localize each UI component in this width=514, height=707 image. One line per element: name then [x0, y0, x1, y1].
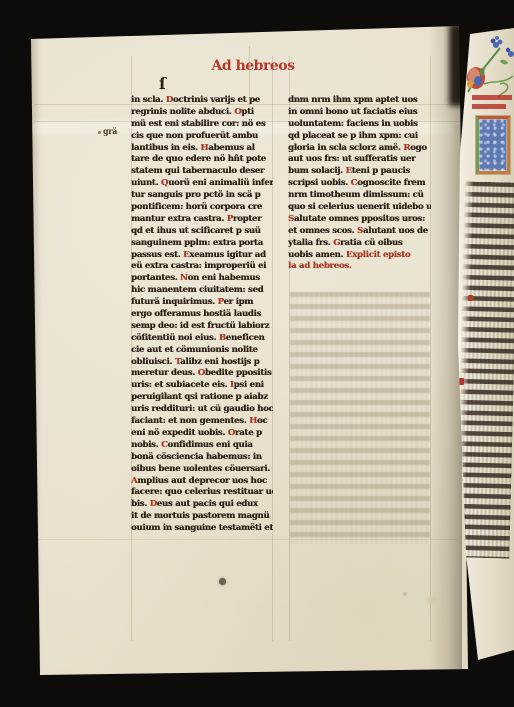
text-line: cöfitentiü noi eius. Beneficen [131, 333, 273, 345]
text-line: futurä inquirimus. Per ipm [131, 297, 273, 309]
text-line: qd et ihus ut scificaret p suü [131, 226, 273, 238]
text-line: mü est eni stabilire cor: nö es [131, 119, 273, 131]
text-line: dnm nrm ihm xpm aptet uos [288, 95, 431, 107]
text-line: facere: quo celerius restituar uo [131, 487, 273, 499]
column-right: dnm nrm ihm xpm aptet uosin omni bono ut… [288, 95, 431, 273]
text-line: in omni bono ut faciatis eius [288, 107, 431, 119]
text-line: mantur extra castra. Propter [131, 214, 273, 226]
text-line: nobis. Confidimus eni quia [131, 440, 273, 452]
illuminated-initial [476, 116, 510, 174]
text-line: uobis amen. Explicit episto [288, 250, 431, 262]
text-line: sanguinem pplm: extra porta [131, 238, 273, 250]
text-line: bonä cösciencia habemus: in [131, 452, 273, 464]
text-line: peruigilant qsi ratione p aiabz [131, 392, 273, 404]
text-line: tare de quo edere nö hñt pote [131, 154, 273, 166]
edge-rubric-line [472, 95, 512, 100]
text-line: it de mortuis pastorem magnü [131, 511, 273, 523]
text-line: qd placeat se p ihm xpm: cui [288, 131, 431, 143]
text-line: uoluntatem: faciens in uobis [288, 119, 431, 131]
text-line: bis. Deus aut pacis qui edux [131, 499, 273, 511]
text-line: ytalia frs. Gratia cü oibus [288, 238, 431, 250]
text-line: uris reddituri: ut cü gaudio hoc [131, 404, 273, 416]
text-line: gloria in scla sclorz amë. Rogo [288, 143, 431, 155]
margin-mark [98, 131, 101, 134]
margin-note: grä [103, 126, 117, 136]
text-line: pontificem: horü corpora cre [131, 202, 273, 214]
text-line: eni nö expedit uobis. Orate p [131, 428, 273, 440]
text-line: quo si celerius uenerit uidebo uos. [288, 202, 431, 214]
manuscript-page: Ad hebreos ſ grä in scla. Doctrinis vari… [0, 0, 514, 707]
text-line: statem qui tabernaculo deser [131, 166, 273, 178]
text-line: meretur deus. Obedite ppositis [131, 368, 273, 380]
text-line: Amplius aut deprecor uos hoc [131, 476, 273, 488]
text-line: bum solacij. Eteni p paucis [288, 166, 431, 178]
text-line: la ad hebreos. [288, 261, 431, 273]
ascender-flourish: ſ [159, 74, 166, 93]
text-line: ergo offeramus hostiä laudis [131, 309, 273, 321]
text-line: uiunt. Quorü eni animaliü infer [131, 178, 273, 190]
edge-rubric-line [472, 104, 506, 109]
text-line: lantibus in eis. Habemus al [131, 143, 273, 155]
text-line: Salutate omnes ppositos uros: [288, 214, 431, 226]
text-line: obliuisci. Talibz eni hostijs p [131, 357, 273, 369]
text-line: tur sanguis pro pctö in scä p [131, 190, 273, 202]
edge-text-lines [455, 181, 514, 558]
text-line: in scla. Doctrinis varijs et pe [131, 95, 273, 107]
text-line: semp deo: id est fructü labiorz [131, 321, 273, 333]
text-line: uris: et subiacete eis. Ipsi eni [131, 380, 273, 392]
red-paraph-mark [468, 295, 473, 301]
show-through-text [290, 292, 430, 544]
text-line: oibus bene uolentes cöuersari. [131, 464, 273, 476]
column-left: in scla. Doctrinis varijs et peregrinis … [131, 95, 273, 535]
text-line: cie aut et cömunionis nolite [131, 345, 273, 357]
manuscript-photo: Ad hebreos ſ grä in scla. Doctrinis vari… [0, 0, 514, 707]
text-line: ouium in sanguine testamëti etni [131, 523, 273, 535]
text-line: faciant: et non gementes. Hoc [131, 416, 273, 428]
gutter-shade [428, 24, 462, 672]
text-line: nrm timotheum dimissum: cü [288, 190, 431, 202]
text-line: passus est. Exeamus igitur ad [131, 250, 273, 262]
text-line: regrinis nolite abduci. Opti [131, 107, 273, 119]
text-line: aut uos frs: ut sufferatis uer [288, 154, 431, 166]
text-line: cis que non profuerüt ambu [131, 131, 273, 143]
text-line: eü extra castra: improperiü ei [131, 261, 273, 273]
text-line: et omnes scos. Salutant uos de [288, 226, 431, 238]
running-title-rubric: Ad hebreos [200, 57, 306, 75]
text-line: hic manentem ciuitatem: sed [131, 285, 273, 297]
text-line: scripsi uobis. Cognoscite frem [288, 178, 431, 190]
worm-hole [219, 578, 226, 585]
text-line: portantes. Non eni habemus [131, 273, 273, 285]
parchment-speck [403, 592, 407, 596]
